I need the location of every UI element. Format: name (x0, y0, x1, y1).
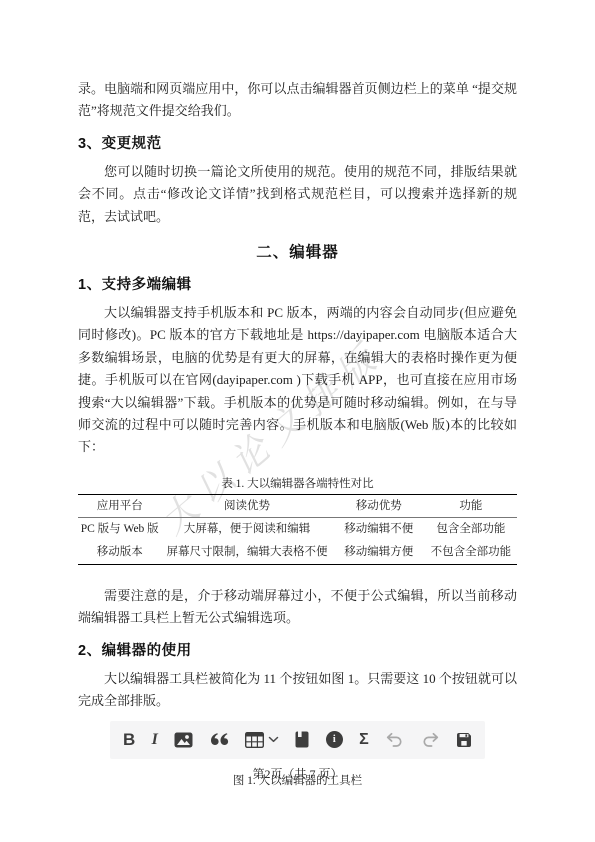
info-icon: i (326, 731, 343, 748)
paragraph-multi-device: 大以编辑器支持手机版本和 PC 版本，两端的内容会自动同步(但应避免同时修改)。… (78, 302, 517, 459)
paragraph-usage: 大以编辑器工具栏被简化为 11 个按钮如图 1。只需要这 10 个按钮就可以完成… (78, 668, 517, 713)
table-cell: 移动版本 (78, 541, 161, 565)
table-row: 移动版本 屏幕尺寸限制，编辑大表格不便 移动编辑方便 不包含全部功能 (78, 541, 517, 565)
heading-change-spec: 3、变更规范 (78, 132, 517, 153)
heading-editor-section: 二、编辑器 (78, 240, 517, 262)
italic-icon: I (152, 732, 158, 748)
save-icon (456, 732, 472, 748)
table-header-row: 应用平台 阅读优势 移动优势 功能 (78, 494, 517, 517)
formula-icon: Σ (359, 732, 369, 748)
table-caption: 表 1. 大以编辑器各端特性对比 (78, 475, 517, 491)
table-row: PC 版与 Web 版 大屏幕，便于阅读和编辑 移动编辑不便 包含全部功能 (78, 517, 517, 541)
chevron-down-icon (268, 736, 279, 743)
table-icon (245, 732, 264, 748)
undo-icon (385, 732, 404, 748)
table-dropdown-group (245, 732, 279, 748)
blockquote-icon (210, 733, 229, 746)
column-header-features: 功能 (425, 494, 517, 517)
paragraph-change-spec: 您可以随时切换一篇论文所使用的规范。使用的规范不同，排版结果就会不同。点击“修改… (78, 161, 517, 228)
heading-multi-device: 1、支持多端编辑 (78, 273, 517, 294)
table-cell: 不包含全部功能 (425, 541, 517, 565)
table-cell: 包含全部功能 (425, 517, 517, 541)
bold-icon: B (123, 731, 135, 748)
paragraph-note: 需要注意的是，介于移动端屏幕过小，不便于公式编辑，所以当前移动端编辑器工具栏上暂… (78, 585, 517, 630)
table-cell: PC 版与 Web 版 (78, 517, 161, 541)
column-header-reading: 阅读优势 (161, 494, 332, 517)
image-icon (174, 732, 193, 748)
document-body: 录。电脑端和网页端应用中，你可以点击编辑器首页侧边栏上的菜单 “提交规范”将规范… (78, 78, 517, 788)
paragraph-continuation: 录。电脑端和网页端应用中，你可以点击编辑器首页侧边栏上的菜单 “提交规范”将规范… (78, 78, 517, 123)
table-cell: 移动编辑不便 (333, 517, 425, 541)
comparison-table: 应用平台 阅读优势 移动优势 功能 PC 版与 Web 版 大屏幕，便于阅读和编… (78, 494, 517, 565)
column-header-platform: 应用平台 (78, 494, 161, 517)
table-cell: 移动编辑方便 (333, 541, 425, 565)
column-header-mobility: 移动优势 (333, 494, 425, 517)
book-icon (295, 731, 309, 748)
redo-icon (421, 732, 440, 748)
table-cell: 屏幕尺寸限制，编辑大表格不便 (161, 541, 332, 565)
editor-toolbar-figure: B I (110, 721, 485, 759)
heading-editor-usage: 2、编辑器的使用 (78, 639, 517, 660)
page-number: 第2页（共 7 页） (0, 765, 595, 782)
table-cell: 大屏幕，便于阅读和编辑 (161, 517, 332, 541)
